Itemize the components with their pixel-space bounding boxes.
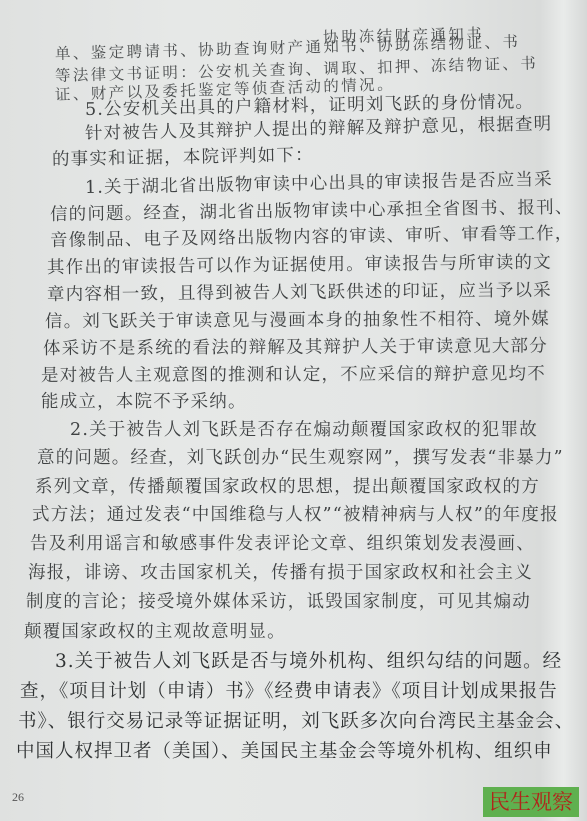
text-line: 海报，诽谤、攻击国家机关，传播有损于国家政权和社会主义 — [28, 563, 533, 583]
text-line: 1.关于湖北省出版物审读中心出具的审读报告是否应当采 — [85, 170, 553, 198]
text-line: 颠覆国家政权的主观故意明显。 — [24, 622, 286, 642]
text-line: 告及利用谣言和敏感事件发表评论文章、组织策划发表漫画、 — [30, 534, 535, 554]
text-line: 3.关于被告人刘飞跃是否与境外机构、组织勾结的问题。经 — [55, 652, 562, 672]
text-line: 2.关于被告人刘飞跃是否存在煽动颠覆国家政权的犯罪故 — [70, 420, 538, 440]
text-line: 信。刘飞跃关于审读意见与漫画本身的抽象性不相符、境外媒 — [45, 309, 550, 332]
text-line: 系列文章，传播颠覆国家政权的思想，提出颠覆国家政权的方 — [35, 477, 540, 497]
text-line: 能成立，本院不予采纳。 — [41, 392, 247, 412]
text-line: 的事实和证据，本院评判如下： — [52, 145, 314, 170]
page-number: 26 — [12, 790, 24, 805]
text-line: 信的问题。经查，湖北省出版物审读中心承担全省图书、报刊、 — [50, 198, 574, 225]
text-line: 中国人权捍卫者（美国）、美国民主基金会等境外机构、组织申 — [16, 742, 553, 762]
document-page: 协助冻结财产通知书 单、鉴定聘请书、协助查询财产通知书、协助冻结物证、书 等法律… — [0, 0, 587, 821]
text-line: 其作出的审读报告可以作为证据使用。审读报告与所审读的文 — [47, 253, 552, 278]
text-line: 体采访不是系统的看法的辩解及其辩护人关于审读意见大部分 — [43, 336, 548, 359]
text-line: 是对被告人主观意图的推测和认定，不应采信的辩护意见均不 — [41, 364, 546, 386]
text-line: 书》、银行交易记录等证据证明，刘飞跃多次向台湾民主基金会、 — [18, 712, 574, 732]
text-line: 式方法；通过发表“中国维稳与人权”“被精神病与人权”的年度报 — [32, 505, 559, 525]
watermark-logo: 民生观察 — [483, 787, 579, 817]
text-line: 查，《项目计划（申请）书》《经费申请表》《项目计划成果报告 — [20, 682, 558, 702]
text-line: 制度的言论；接受境外媒体采访，诋毁国家制度，可见其煽动 — [26, 592, 531, 612]
text-line: 章内容相一致，且得到被告人刘飞跃供述的印证，应当予以采 — [47, 281, 552, 305]
text-line: 意的问题。经查，刘飞跃创办“民生观察网”，撰写发表“非暴力” — [37, 448, 564, 468]
text-line: 音像制品、电子及网络出版物内容的审读、审听、审看等工作， — [50, 224, 574, 251]
